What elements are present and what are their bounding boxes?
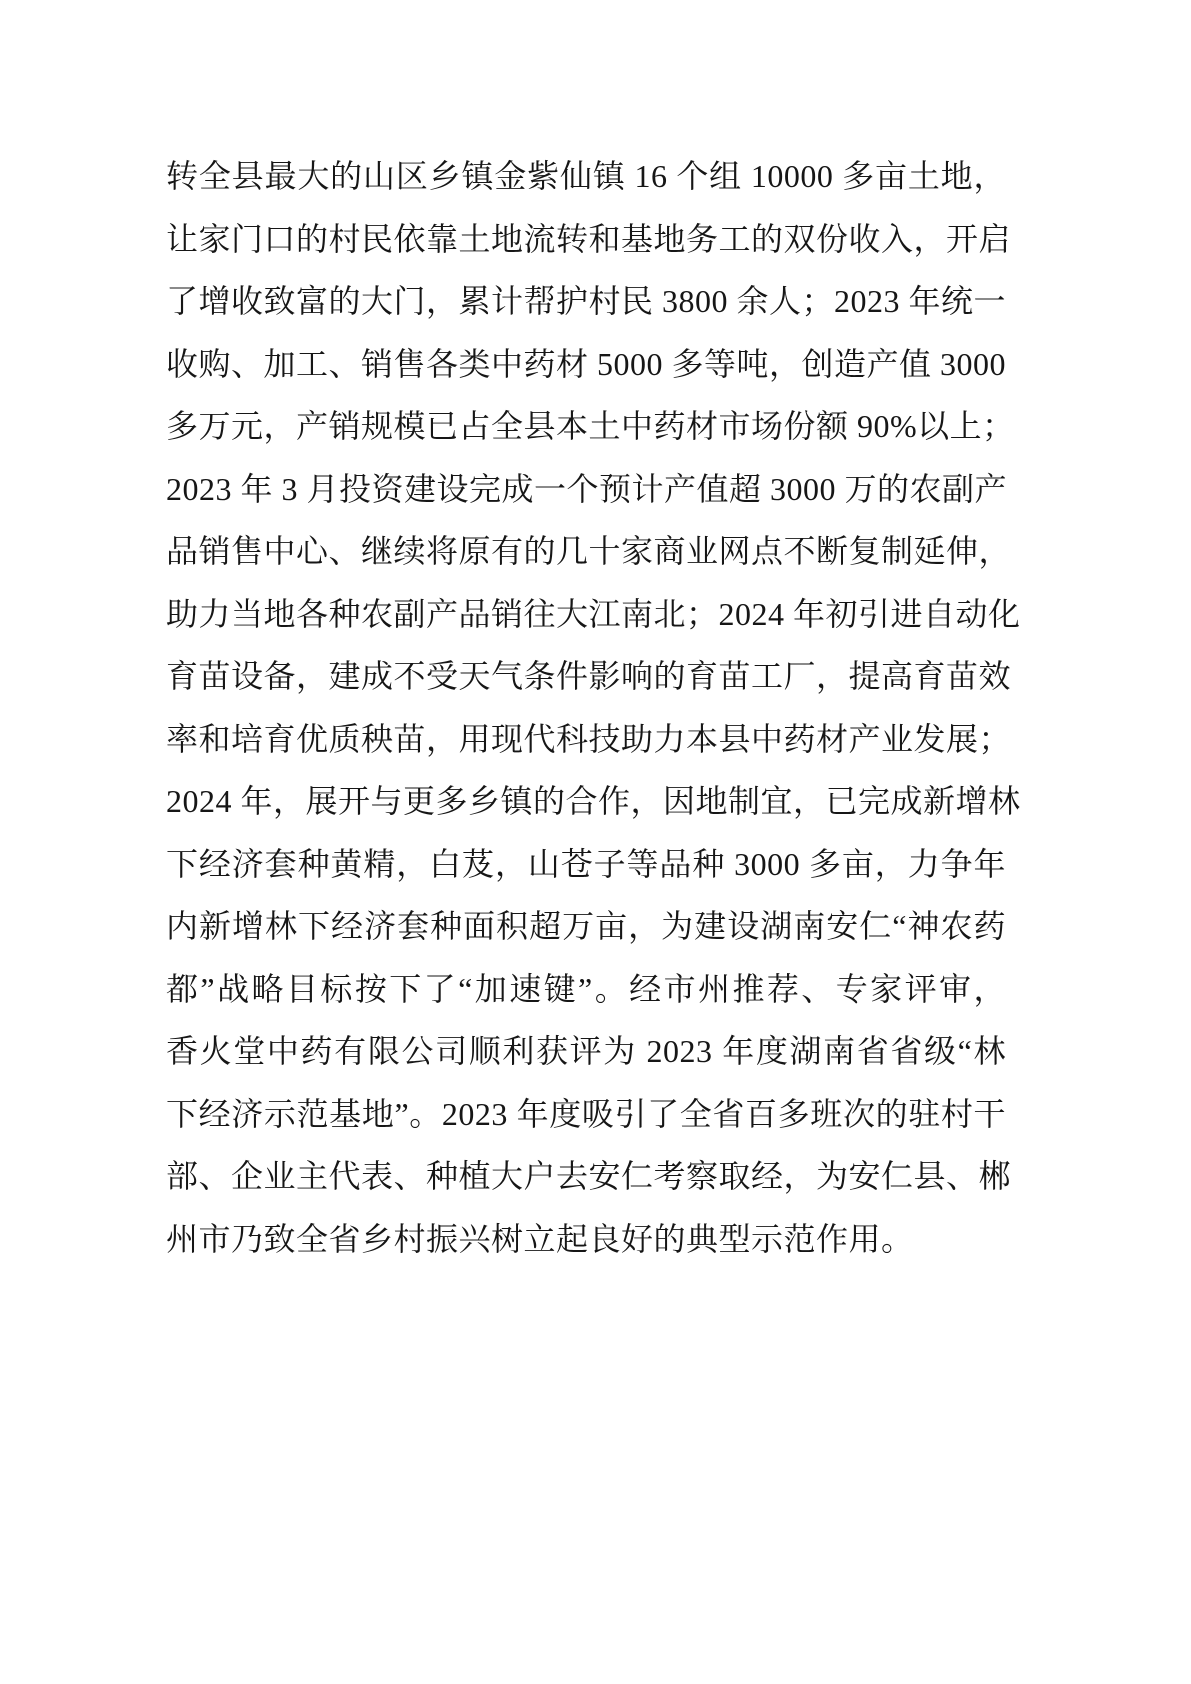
text-line: 下经济套种黄精，白芨，山苍子等品种 3000 多亩，力争年 bbox=[166, 833, 1006, 896]
text-line: 品销售中心、继续将原有的几十家商业网点不断复制延伸， bbox=[166, 520, 1006, 583]
text-line: 了增收致富的大门，累计帮护村民 3800 余人；2023 年统一 bbox=[166, 270, 1006, 333]
body-text-block: 转全县最大的山区乡镇金紫仙镇 16 个组 10000 多亩土地， 让家门口的村民… bbox=[166, 145, 1006, 1270]
document-page: 转全县最大的山区乡镇金紫仙镇 16 个组 10000 多亩土地， 让家门口的村民… bbox=[0, 0, 1191, 1684]
text-line: 下经济示范基地”。2023 年度吸引了全省百多班次的驻村干 bbox=[166, 1083, 1006, 1146]
text-line: 多万元，产销规模已占全县本土中药材市场份额 90%以上； bbox=[166, 395, 1006, 458]
text-line: 助力当地各种农副产品销往大江南北；2024 年初引进自动化 bbox=[166, 583, 1006, 646]
text-line: 内新增林下经济套种面积超万亩，为建设湖南安仁“神农药 bbox=[166, 895, 1006, 958]
text-line: 让家门口的村民依靠土地流转和基地务工的双份收入，开启 bbox=[166, 208, 1006, 271]
text-line: 转全县最大的山区乡镇金紫仙镇 16 个组 10000 多亩土地， bbox=[166, 145, 1006, 208]
text-line: 收购、加工、销售各类中药材 5000 多等吨，创造产值 3000 bbox=[166, 333, 1006, 396]
text-line: 州市乃致全省乡村振兴树立起良好的典型示范作用。 bbox=[166, 1208, 1006, 1271]
text-line: 率和培育优质秧苗，用现代科技助力本县中药材产业发展； bbox=[166, 708, 1006, 771]
text-line: 香火堂中药有限公司顺利获评为 2023 年度湖南省省级“林 bbox=[166, 1020, 1006, 1083]
text-line: 都”战略目标按下了“加速键”。经市州推荐、专家评审， bbox=[166, 958, 1006, 1021]
text-line: 2024 年，展开与更多乡镇的合作，因地制宜，已完成新增林 bbox=[166, 770, 1006, 833]
text-line: 2023 年 3 月投资建设完成一个预计产值超 3000 万的农副产 bbox=[166, 458, 1006, 521]
text-line: 育苗设备，建成不受天气条件影响的育苗工厂，提高育苗效 bbox=[166, 645, 1006, 708]
text-line: 部、企业主代表、种植大户去安仁考察取经，为安仁县、郴 bbox=[166, 1145, 1006, 1208]
